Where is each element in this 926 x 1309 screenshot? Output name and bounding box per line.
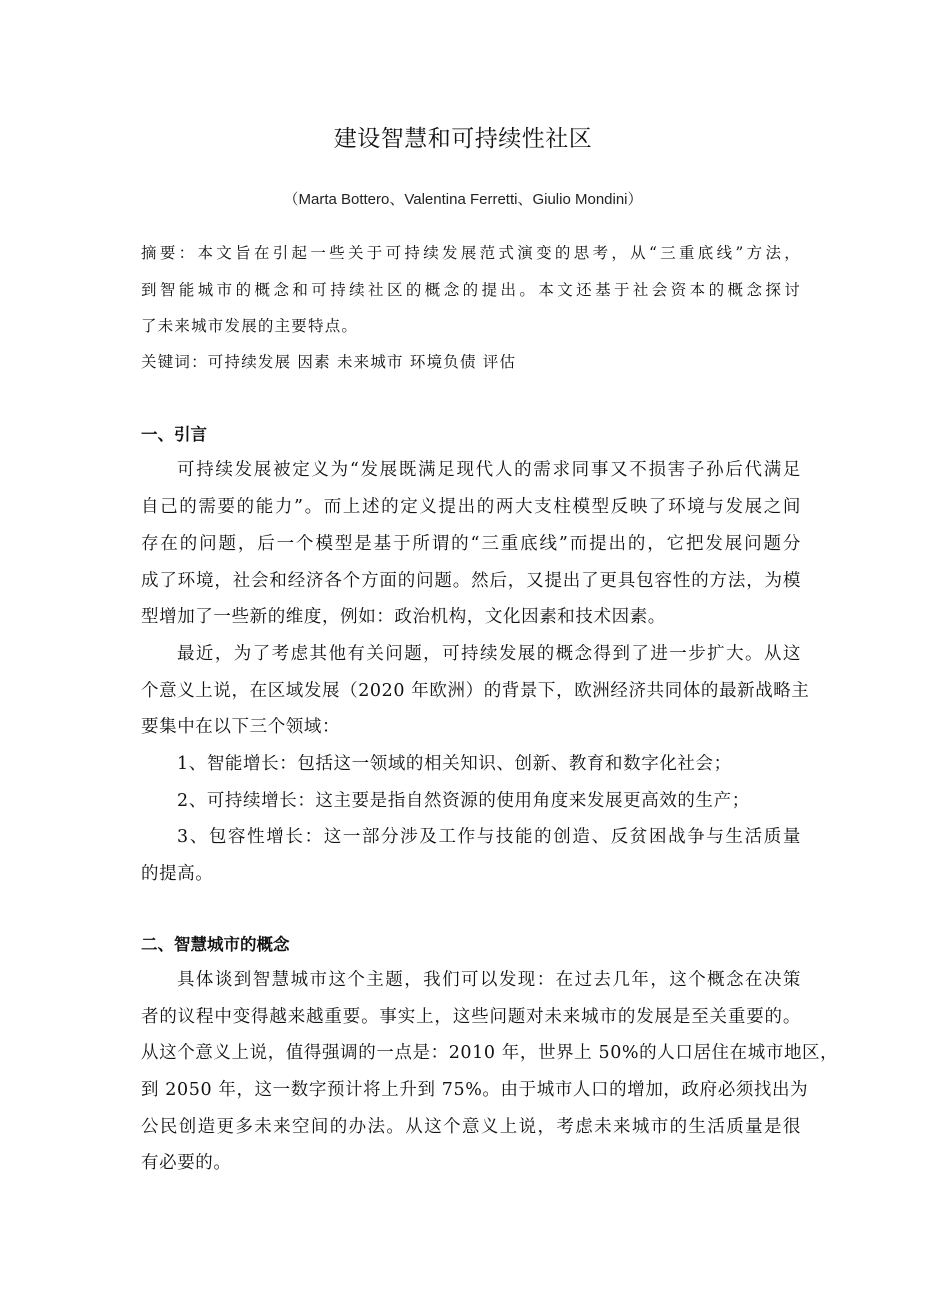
paragraph-line: 型增加了一些新的维度，例如：政治机构，文化因素和技术因素。 (141, 607, 801, 627)
keywords: 关键词：可持续发展 因素 未来城市 环境负债 评估 (141, 352, 801, 372)
paragraph-line: 到 2050 年，这一数字预计将上升到 75%。由于城市人口的增加，政府必须找出… (141, 1080, 801, 1100)
document-page: 建设智慧和可持续性社区 （Marta Bottero、Valentina Fer… (0, 0, 926, 1309)
paragraph-line: 公民创造更多未来空间的办法。从这个意义上说，考虑未来城市的生活质量是很 (141, 1117, 801, 1137)
paragraph-line: 存在的问题，后一个模型是基于所谓的“三重底线”而提出的，它把发展问题分 (141, 534, 801, 554)
list-item: 2、可持续增长：这主要是指自然资源的使用角度来发展更高效的生产； (177, 791, 837, 811)
abstract-line: 了未来城市发展的主要特点。 (141, 316, 801, 336)
document-title: 建设智慧和可持续性社区 (0, 120, 926, 153)
paragraph-line: 的提高。 (141, 864, 801, 884)
paragraph-line: 成了环境，社会和经济各个方面的问题。然后，又提出了更具包容性的方法，为模 (141, 571, 801, 591)
paragraph-line: 具体谈到智慧城市这个主题，我们可以发现：在过去几年，这个概念在决策 (177, 970, 801, 990)
document-authors: （Marta Bottero、Valentina Ferretti、Giulio… (0, 188, 926, 209)
list-item: 1、智能增长：包括这一领域的相关知识、创新、教育和数字化社会； (177, 754, 837, 774)
paragraph-line: 者的议程中变得越来越重要。事实上，这些问题对未来城市的发展是至关重要的。 (141, 1007, 801, 1027)
paragraph-line: 要集中在以下三个领域： (141, 717, 801, 737)
paragraph-line: 从这个意义上说，值得强调的一点是：2010 年，世界上 50%的人口居住在城市地… (141, 1043, 801, 1063)
paragraph-line: 个意义上说，在区域发展（2020 年欧洲）的背景下，欧洲经济共同体的最新战略主 (141, 681, 801, 701)
paragraph-line: 最近，为了考虑其他有关问题，可持续发展的概念得到了进一步扩大。从这 (177, 644, 801, 664)
paragraph-line: 有必要的。 (141, 1153, 801, 1173)
section-heading: 一、引言 (141, 425, 801, 445)
list-item: 3、包容性增长：这一部分涉及工作与技能的创造、反贫困战争与生活质量 (177, 827, 801, 847)
section-heading: 二、智慧城市的概念 (141, 935, 801, 955)
abstract-line: 到智能城市的概念和可持续社区的概念的提出。本文还基于社会资本的概念探讨 (141, 280, 801, 300)
paragraph-line: 自己的需要的能力”。而上述的定义提出的两大支柱模型反映了环境与发展之间 (141, 497, 801, 517)
paragraph-line: 可持续发展被定义为“发展既满足现代人的需求同事又不损害子孙后代满足 (177, 460, 801, 480)
abstract-line: 摘要：本文旨在引起一些关于可持续发展范式演变的思考，从“三重底线”方法， (141, 243, 801, 263)
